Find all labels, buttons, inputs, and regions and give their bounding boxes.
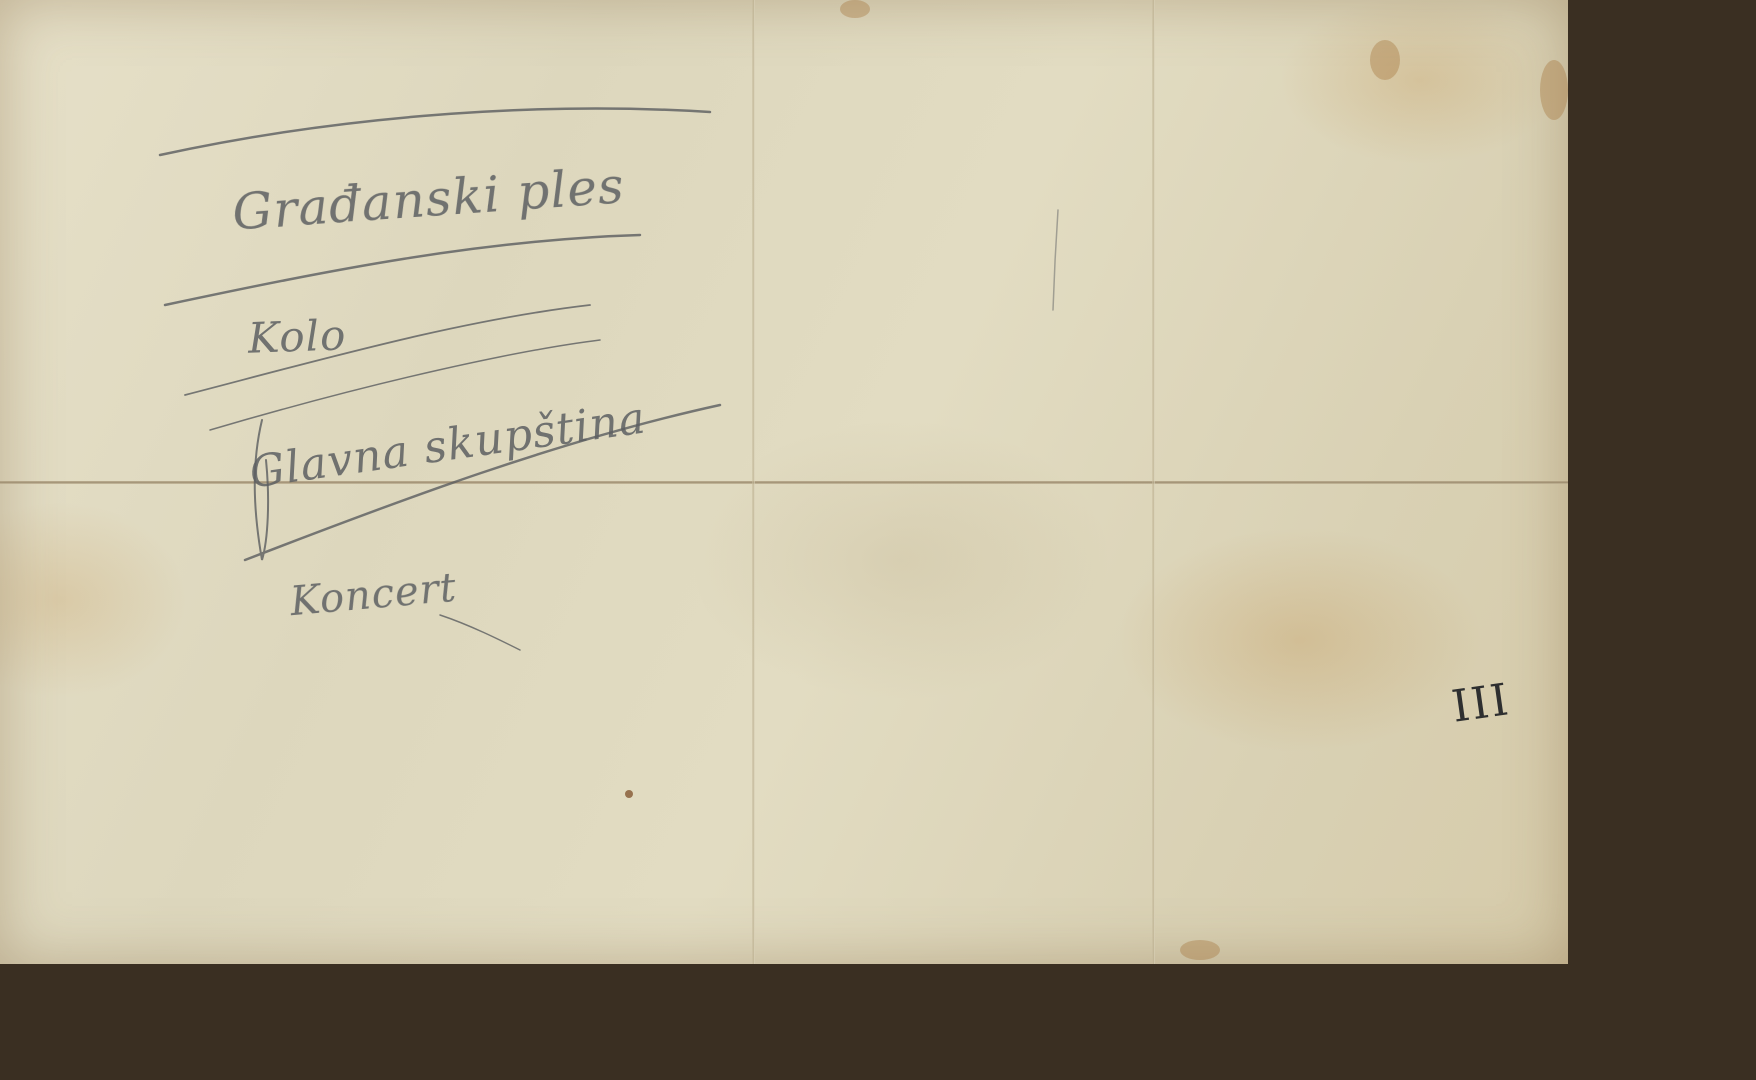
paper-sheet: Građanski ples Kolo Glavna skupština Kon… [0,0,1568,964]
pencil-rule-lines [0,0,1568,964]
roman-numeral-mark: III [1449,674,1514,733]
list-item-kolo: Kolo [247,310,347,362]
